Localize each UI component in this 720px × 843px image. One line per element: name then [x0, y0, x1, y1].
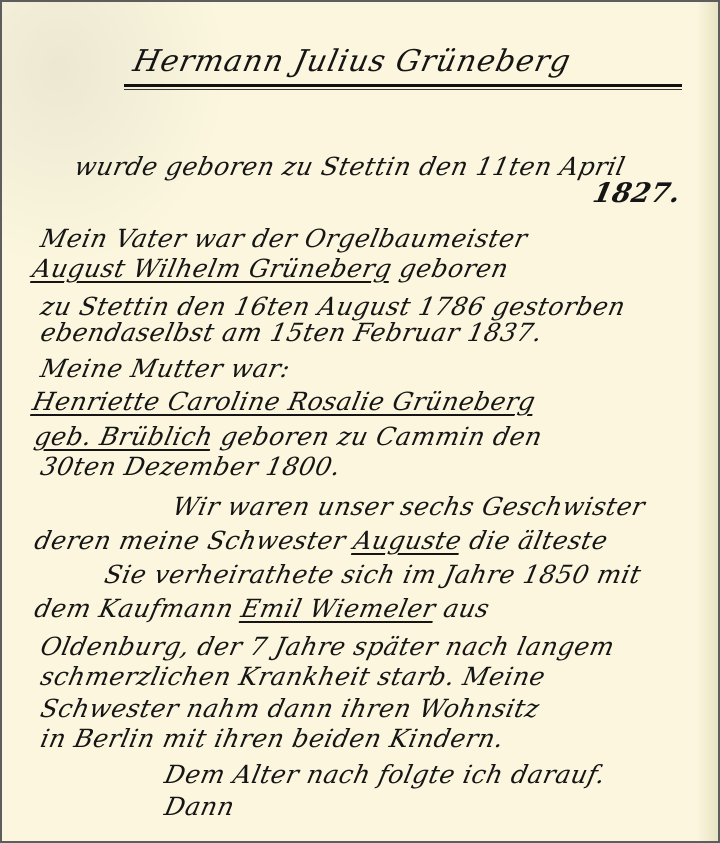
text-line-16: schmerzlichen Krankheit starb. Meine: [38, 662, 548, 691]
text-line-7: Meine Mutter war:: [38, 354, 293, 383]
text-line-19: Dem Alter nach folgte ich darauf.: [162, 760, 608, 789]
document-title: Hermann Julius Grüneberg: [130, 44, 574, 79]
text-line-13: Sie verheirathete sich im Jahre 1850 mit: [102, 560, 644, 589]
document-page: Hermann Julius Grüneberg wurde geboren z…: [2, 2, 718, 841]
title-underline: [124, 84, 682, 87]
text-line-10: 30ten Dezember 1800.: [38, 452, 344, 481]
sister-name: Auguste: [351, 526, 465, 555]
text-line-3: Mein Vater war der Orgelbaumeister: [38, 224, 530, 253]
mother-name: Henriette Caroline Rosalie Grüneberg: [30, 387, 538, 416]
mother-maiden-name: geb. Brüblich: [32, 422, 216, 451]
text-line-5: zu Stettin den 16ten August 1786 gestorb…: [38, 292, 628, 321]
text-line-18: in Berlin mit ihren beiden Kindern.: [38, 724, 507, 753]
title-underline-thin: [124, 89, 682, 90]
father-name: August Wilhelm Grüneberg: [30, 254, 395, 283]
text-line-4: August Wilhelm Grüneberg geboren: [30, 254, 511, 283]
text-line-15: Oldenburg, der 7 Jahre später nach lange…: [38, 632, 617, 661]
text-line-17: Schwester nahm dann ihren Wohnsitz: [38, 694, 542, 723]
text-line-11: Wir waren unser sechs Geschwister: [170, 492, 648, 521]
text-line-1: wurde geboren zu Stettin den 11ten April: [72, 152, 628, 181]
brother-in-law-name: Emil Wiemeler: [239, 594, 439, 623]
text-line-6: ebendaselbst am 15ten Februar 1837.: [38, 318, 545, 347]
text-line-9: geb. Brüblich geboren zu Cammin den: [32, 422, 545, 451]
text-line-12: deren meine Schwester Auguste die ältest…: [32, 526, 611, 555]
text-line-8: Henriette Caroline Rosalie Grüneberg: [30, 387, 538, 416]
text-line-14: dem Kaufmann Emil Wiemeler aus: [32, 594, 492, 623]
text-line-20: Dann: [162, 792, 237, 821]
birth-year: 1827.: [590, 178, 684, 209]
